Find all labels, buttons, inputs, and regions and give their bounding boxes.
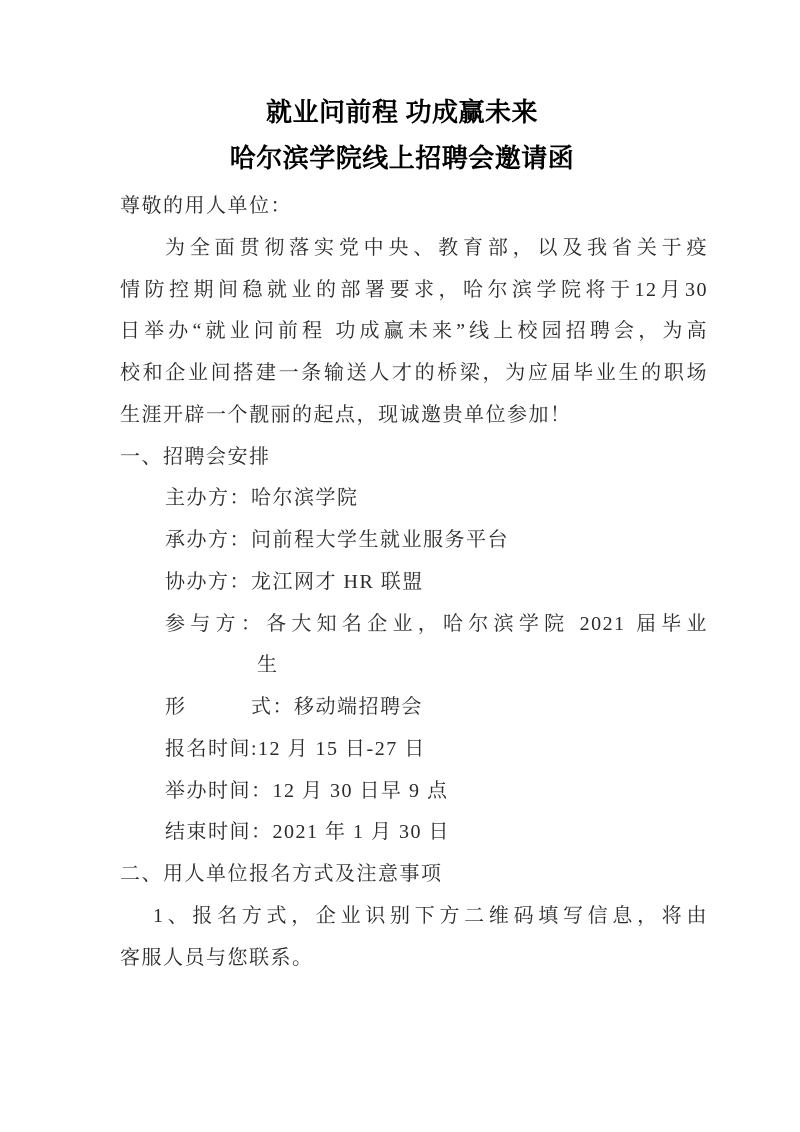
document-title-block: 就业问前程 功成赢未来 哈尔滨学院线上招聘会邀请函 xyxy=(108,90,696,182)
section2-heading: 二、用人单位报名方式及注意事项 xyxy=(120,854,708,896)
host-line: 主办方：哈尔滨学院 xyxy=(120,478,708,520)
intro-paragraph-line-5: 生涯开辟一个靓丽的起点，现诚邀贵单位参加！ xyxy=(120,395,708,437)
co-organizer-line: 协办方：龙江网才 HR 联盟 xyxy=(120,562,708,604)
organizer-line: 承办方：问前程大学生就业服务平台 xyxy=(120,520,708,562)
registration-note-line-1: 1、报名方式，企业识别下方二维码填写信息，将由 xyxy=(120,896,708,938)
registration-note-line-2: 客服人员与您联系。 xyxy=(120,938,708,980)
salutation-line: 尊敬的用人单位： xyxy=(120,186,708,228)
intro-paragraph-line-1: 为全面贯彻落实党中央、教育部，以及我省关于疫 xyxy=(120,228,708,270)
document-body: 尊敬的用人单位： 为全面贯彻落实党中央、教育部，以及我省关于疫 情防控期间稳就业… xyxy=(120,186,708,979)
event-time-line: 举办时间：12 月 30 日早 9 点 xyxy=(120,771,708,813)
end-time-line: 结束时间：2021 年 1 月 30 日 xyxy=(120,812,708,854)
document-title-line-1: 就业问前程 功成赢未来 xyxy=(108,90,696,136)
document-title-line-2: 哈尔滨学院线上招聘会邀请函 xyxy=(108,136,696,182)
intro-paragraph-line-2: 情防控期间稳就业的部署要求，哈尔滨学院将于12月30 xyxy=(120,270,708,312)
intro-paragraph-line-4: 校和企业间搭建一条输送人才的桥梁，为应届毕业生的职场 xyxy=(120,353,708,395)
format-line: 形 式：移动端招聘会 xyxy=(120,687,708,729)
section1-heading: 一、招聘会安排 xyxy=(120,437,708,479)
participants-line: 参与方：各大知名企业，哈尔滨学院 2021 届毕业 xyxy=(120,604,708,646)
intro-paragraph-line-3: 日举办“就业问前程 功成赢未来”线上校园招聘会，为高 xyxy=(120,311,708,353)
registration-time-line: 报名时间:12 月 15 日-27 日 xyxy=(120,729,708,771)
document-page: 就业问前程 功成赢未来 哈尔滨学院线上招聘会邀请函 尊敬的用人单位： 为全面贯彻… xyxy=(0,0,800,1132)
participants-line-continuation: 生 xyxy=(120,645,708,687)
